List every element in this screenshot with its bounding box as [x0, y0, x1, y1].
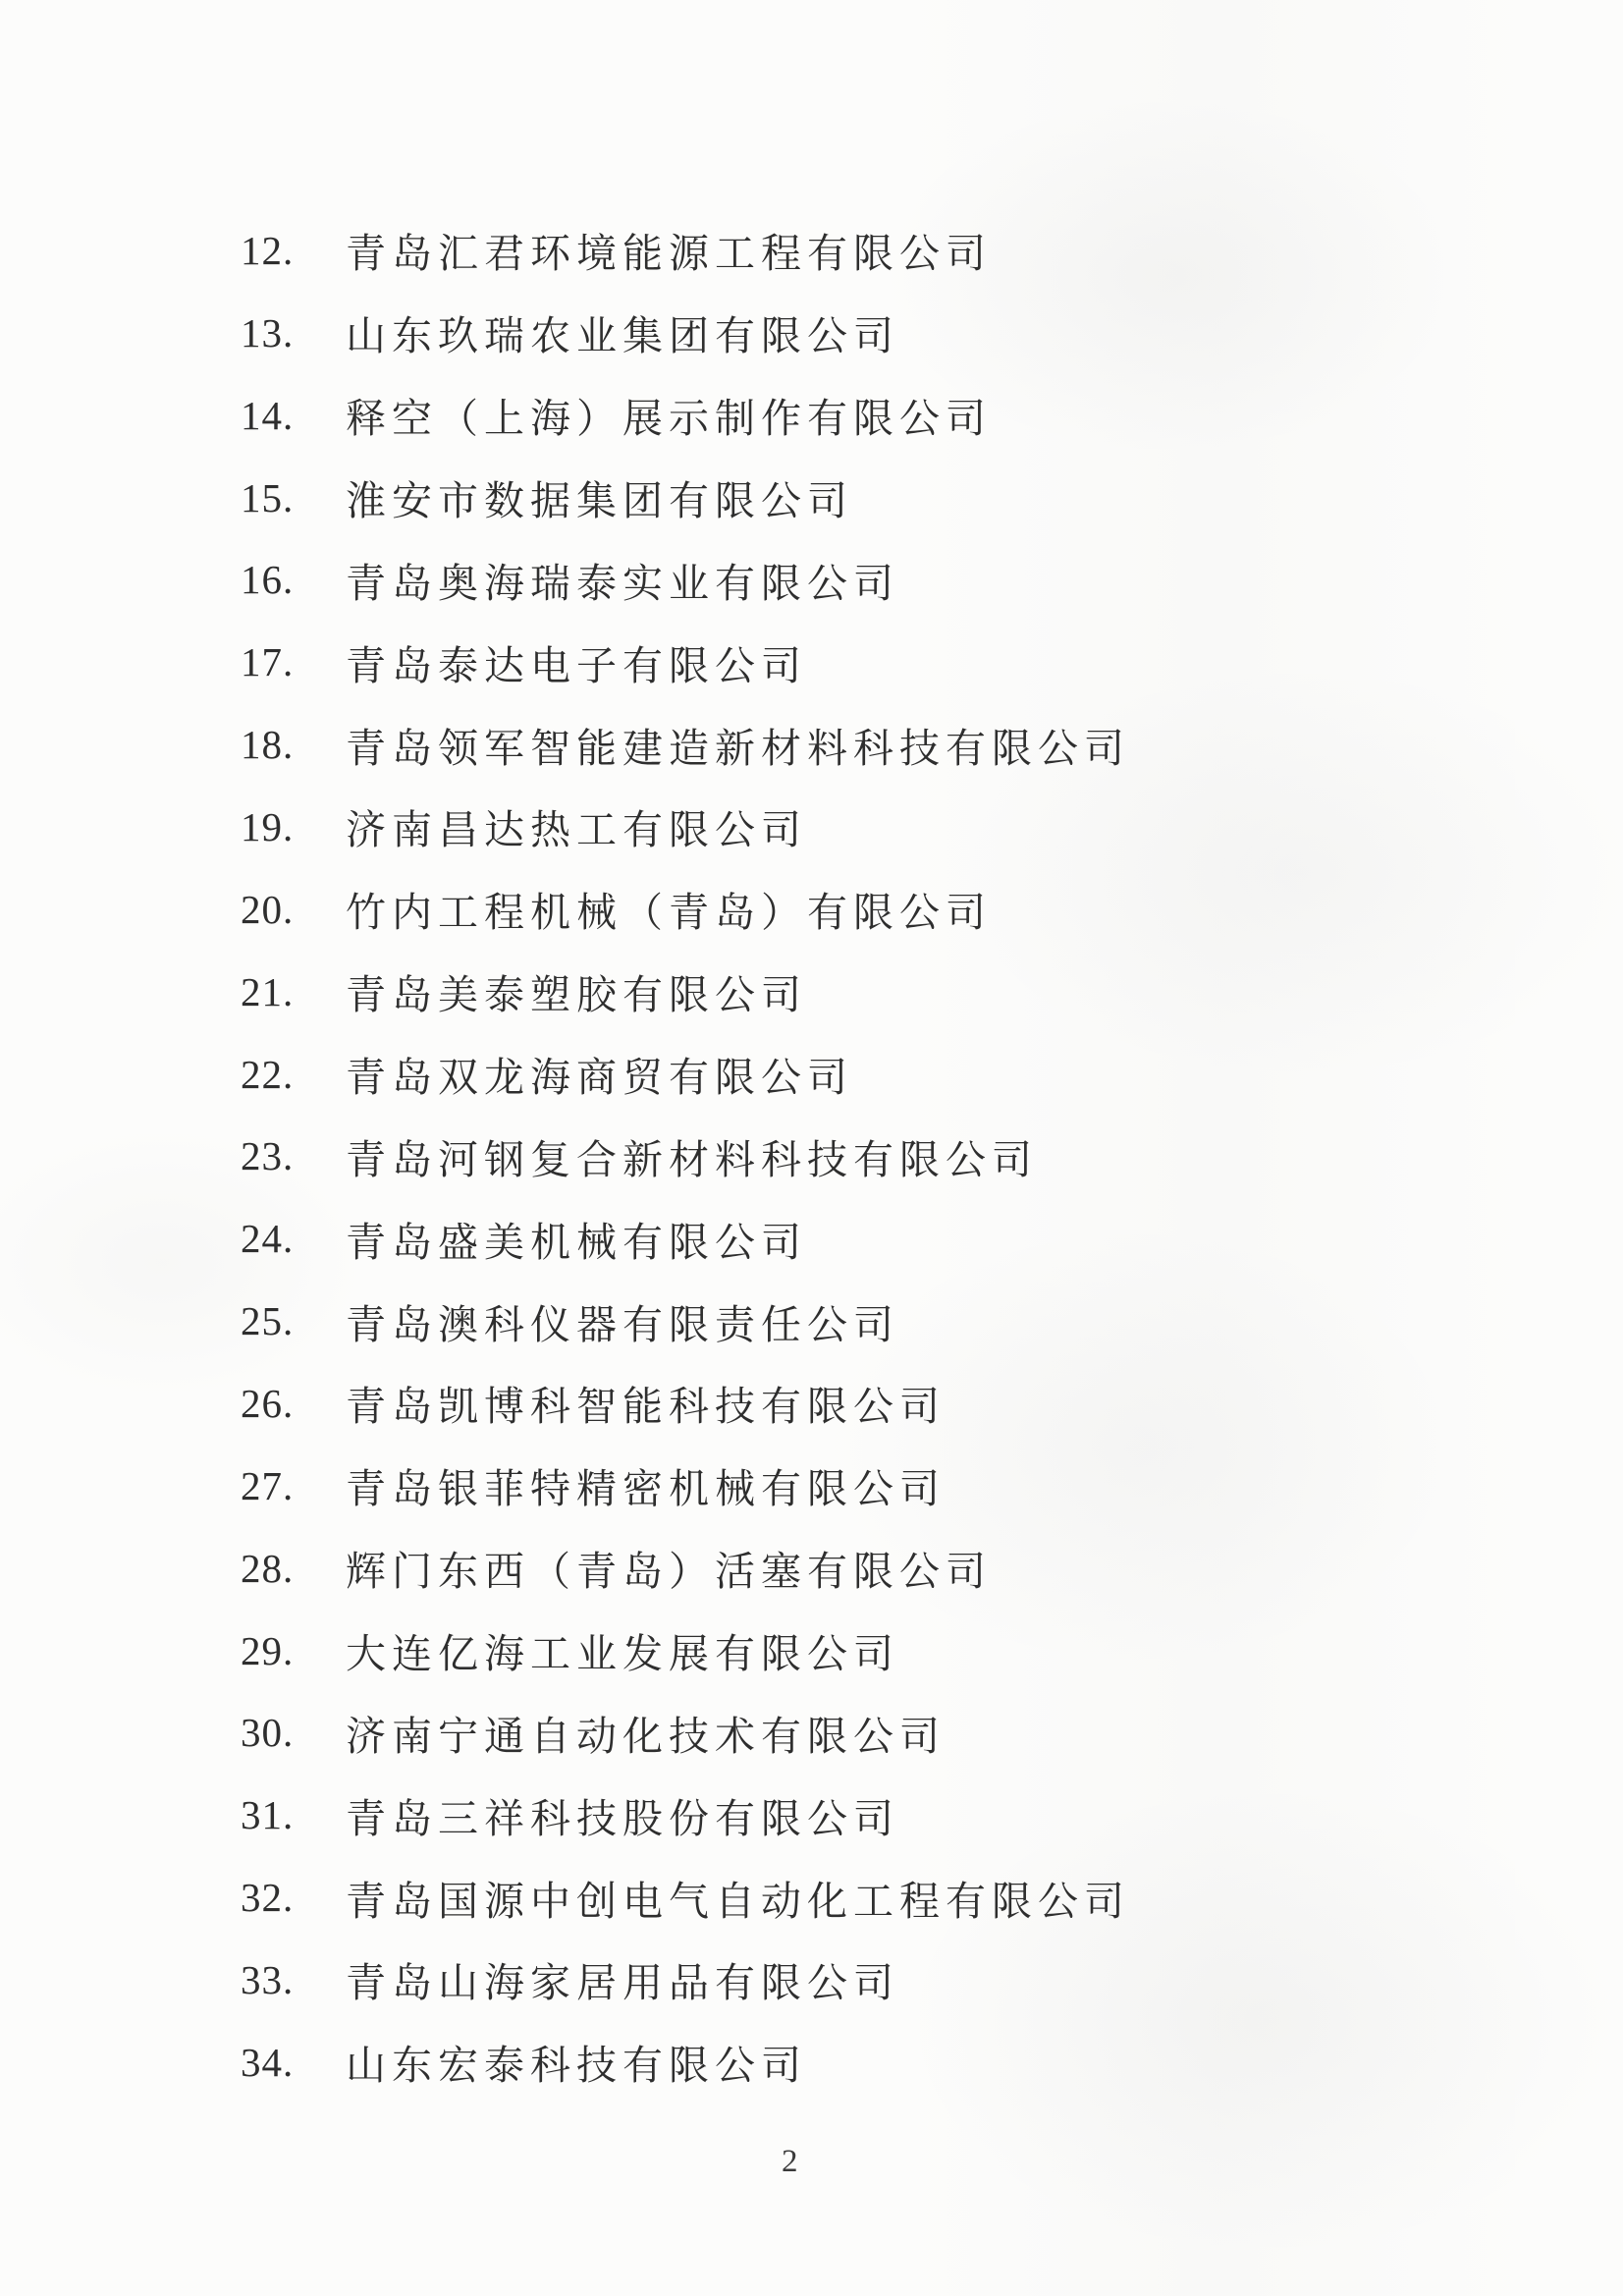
list-item-number: 18.: [241, 721, 346, 768]
list-item-number: 31.: [241, 1791, 346, 1838]
company-name: 青岛河钢复合新材料科技有限公司: [346, 1127, 1038, 1185]
company-name: 青岛奥海瑞泰实业有限公司: [346, 551, 899, 609]
list-item: 13.山东玖瑞农业集团有限公司: [241, 292, 1564, 374]
list-item: 16.青岛奥海瑞泰实业有限公司: [241, 538, 1564, 621]
list-item-number: 24.: [241, 1215, 346, 1262]
list-item-number: 14.: [241, 392, 346, 439]
company-name: 济南宁通自动化技术有限公司: [346, 1704, 946, 1762]
page-number: 2: [782, 2144, 798, 2180]
list-item-number: 23.: [241, 1132, 346, 1179]
list-item: 29.大连亿海工业发展有限公司: [241, 1610, 1564, 1692]
list-item: 20.竹内工程机械（青岛）有限公司: [241, 868, 1564, 951]
list-item: 34.山东宏泰科技有限公司: [241, 2021, 1564, 2104]
list-item: 24.青岛盛美机械有限公司: [241, 1197, 1564, 1280]
list-item-number: 32.: [241, 1874, 346, 1921]
company-name: 辉门东西（青岛）活塞有限公司: [346, 1539, 992, 1597]
list-item-number: 17.: [241, 638, 346, 685]
company-name: 淮安市数据集团有限公司: [346, 468, 853, 526]
list-item-number: 33.: [241, 1956, 346, 2003]
company-name: 释空（上海）展示制作有限公司: [346, 386, 992, 444]
list-item: 30.济南宁通自动化技术有限公司: [241, 1691, 1564, 1774]
list-item: 22.青岛双龙海商贸有限公司: [241, 1033, 1564, 1116]
company-name: 青岛国源中创电气自动化工程有限公司: [346, 1869, 1130, 1927]
list-item: 18.青岛领军智能建造新材料科技有限公司: [241, 703, 1564, 786]
list-item-number: 12.: [241, 227, 346, 274]
list-item-number: 27.: [241, 1462, 346, 1509]
list-item: 12.青岛汇君环境能源工程有限公司: [241, 209, 1564, 292]
company-name: 青岛汇君环境能源工程有限公司: [346, 221, 992, 279]
list-item-number: 28.: [241, 1545, 346, 1592]
company-name: 竹内工程机械（青岛）有限公司: [346, 880, 992, 938]
list-item-number: 29.: [241, 1627, 346, 1674]
company-name: 青岛三祥科技股份有限公司: [346, 1786, 899, 1844]
list-item: 25.青岛澳科仪器有限责任公司: [241, 1280, 1564, 1362]
list-item: 28.辉门东西（青岛）活塞有限公司: [241, 1527, 1564, 1610]
list-item: 32.青岛国源中创电气自动化工程有限公司: [241, 1856, 1564, 1939]
list-item: 31.青岛三祥科技股份有限公司: [241, 1774, 1564, 1856]
company-name: 青岛澳科仪器有限责任公司: [346, 1292, 899, 1350]
company-name: 青岛凯博科智能科技有限公司: [346, 1374, 946, 1432]
company-name: 青岛山海家居用品有限公司: [346, 1950, 899, 2008]
company-name: 山东宏泰科技有限公司: [346, 2033, 807, 2091]
company-name: 济南昌达热工有限公司: [346, 797, 807, 855]
list-item-number: 15.: [241, 474, 346, 521]
company-name: 青岛泰达电子有限公司: [346, 633, 807, 691]
list-item-number: 26.: [241, 1380, 346, 1427]
list-item-number: 20.: [241, 886, 346, 933]
list-item-number: 13.: [241, 309, 346, 356]
list-item: 19.济南昌达热工有限公司: [241, 786, 1564, 868]
list-item-number: 19.: [241, 803, 346, 850]
company-name: 青岛银菲特精密机械有限公司: [346, 1456, 946, 1514]
list-item: 14.释空（上海）展示制作有限公司: [241, 374, 1564, 457]
company-name: 青岛领军智能建造新材料科技有限公司: [346, 716, 1130, 774]
list-item-number: 25.: [241, 1297, 346, 1344]
list-item-number: 22.: [241, 1051, 346, 1098]
list-item: 17.青岛泰达电子有限公司: [241, 621, 1564, 703]
company-name: 大连亿海工业发展有限公司: [346, 1621, 899, 1679]
company-name: 山东玖瑞农业集团有限公司: [346, 303, 899, 361]
list-item-number: 34.: [241, 2039, 346, 2086]
company-name: 青岛盛美机械有限公司: [346, 1210, 807, 1268]
list-item: 26.青岛凯博科智能科技有限公司: [241, 1362, 1564, 1445]
list-item-number: 21.: [241, 968, 346, 1015]
list-item-number: 30.: [241, 1709, 346, 1756]
list-item: 15.淮安市数据集团有限公司: [241, 457, 1564, 539]
list-item: 33.青岛山海家居用品有限公司: [241, 1939, 1564, 2021]
list-item: 23.青岛河钢复合新材料科技有限公司: [241, 1115, 1564, 1197]
company-name: 青岛美泰塑胶有限公司: [346, 962, 807, 1020]
company-name: 青岛双龙海商贸有限公司: [346, 1045, 853, 1103]
company-list: 12.青岛汇君环境能源工程有限公司13.山东玖瑞农业集团有限公司14.释空（上海…: [241, 209, 1564, 2104]
list-item: 27.青岛银菲特精密机械有限公司: [241, 1445, 1564, 1527]
list-item-number: 16.: [241, 556, 346, 603]
list-item: 21.青岛美泰塑胶有限公司: [241, 951, 1564, 1033]
